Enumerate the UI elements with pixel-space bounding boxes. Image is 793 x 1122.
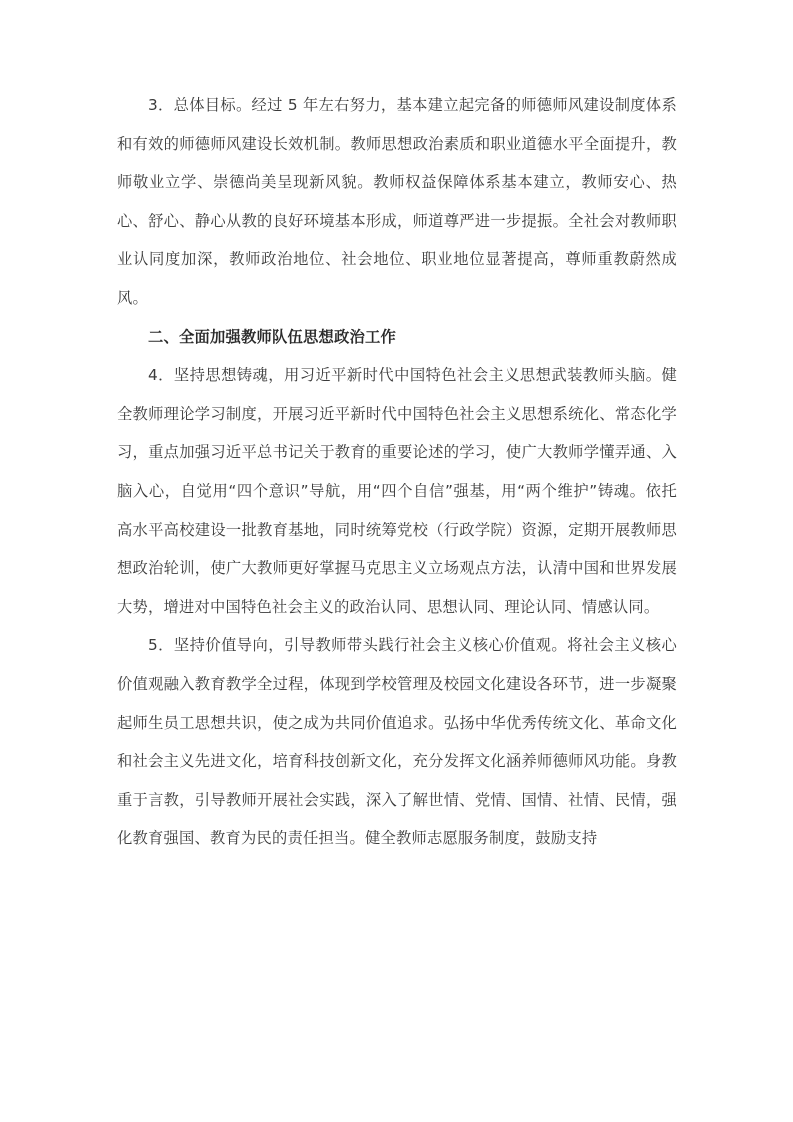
section-heading: 二、全面加强教师队伍思想政治工作: [117, 318, 677, 357]
paragraph-value-guidance: 5．坚持价值导向，引导教师带头践行社会主义核心价值观。将社会主义核心价值观融入教…: [117, 626, 677, 858]
paragraph-overall-goal: 3．总体目标。经过 5 年左右努力，基本建立起完备的师德师风建设制度体系和有效的…: [117, 86, 677, 318]
paragraph-ideological-soul: 4．坚持思想铸魂，用习近平新时代中国特色社会主义思想武装教师头脑。健全教师理论学…: [117, 356, 677, 626]
document-page: 3．总体目标。经过 5 年左右努力，基本建立起完备的师德师风建设制度体系和有效的…: [117, 86, 677, 858]
